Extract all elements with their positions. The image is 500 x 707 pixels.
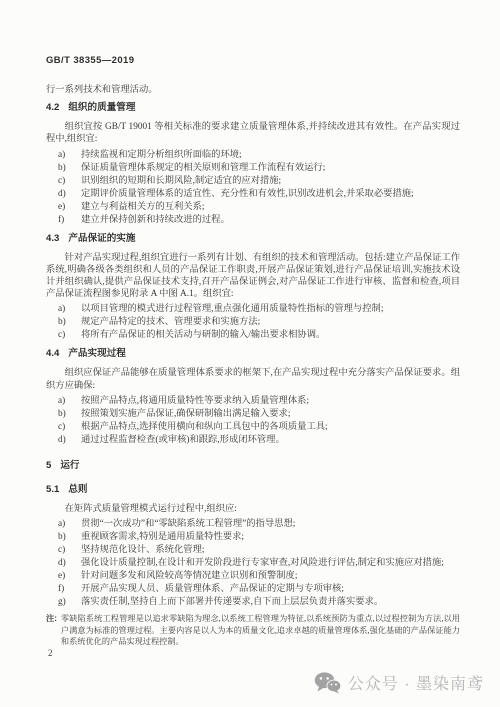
document-page: GB/T 38355—2019 行一系列技术和管理活动。4.2组织的质量管理组织… [0, 0, 500, 707]
clause-number: 5 [46, 460, 51, 471]
note-block: 注:零缺陷系统工程管理是以追求零缺陷为理念,以系统工程管理为特征,以系统预防为重… [46, 613, 460, 648]
list-item-label: c) [58, 544, 73, 557]
watermark-text: 公众号 · 墨染南鸢 [348, 671, 484, 694]
list-item: b)保证质量管理体系规定的相关原则和管理工作流程有效运行; [46, 162, 460, 175]
list-item-label: e) [58, 570, 73, 583]
list-item-label: b) [58, 408, 73, 421]
list-item-label: b) [58, 316, 73, 329]
clause-heading: 4.3产品保证的实施 [46, 233, 460, 245]
list-item-text: 将所有产品保证的相关活动与研制的输入/输出要求相协调。 [81, 329, 460, 342]
clause-number: 5.1 [46, 484, 59, 495]
list-item-text: 按照产品特点,将通用质量特性等要求纳入质量管理体系; [81, 395, 460, 408]
clause-title: 组织的质量管理 [68, 102, 135, 113]
list-item-label: f) [58, 583, 73, 596]
list-item-text: 根据产品特点,选择使用横向和纵向工具包中的各项质量工具; [81, 421, 460, 434]
list-item-text: 建立并保持创新和持续改进的过程。 [81, 214, 460, 227]
list-item-label: b) [58, 162, 73, 175]
list-item: b)按照策划实施产品保证,确保研制输出满足输入要求; [46, 408, 460, 421]
list-item: e)针对问题多发和风险较高等情况建立识别和预警制度; [46, 570, 460, 583]
clause-heading: 5.1总则 [46, 484, 460, 496]
list-item-text: 强化设计质量控制,在设计和开发阶段进行专家审查,对风险进行评估,制定和实施应对措… [81, 557, 460, 570]
clause-list: a)持续监视和定期分析组织所面临的环境;b)保证质量管理体系规定的相关原则和管理… [46, 149, 460, 227]
list-item-text: 保证质量管理体系规定的相关原则和管理工作流程有效运行; [81, 162, 460, 175]
list-item: c)根据产品特点,选择使用横向和纵向工具包中的各项质量工具; [46, 421, 460, 434]
clause-heading: 4.2组织的质量管理 [46, 102, 460, 114]
list-item-label: c) [58, 421, 73, 434]
clause-title: 产品保证的实施 [68, 233, 135, 244]
page-number: 2 [48, 648, 53, 658]
body-paragraph: 在矩阵式质量管理模式运行过程中,组织应: [46, 503, 460, 515]
clause-heading: 5运行 [46, 460, 460, 472]
clause-list: a)按照产品特点,将通用质量特性等要求纳入质量管理体系;b)按照策划实施产品保证… [46, 395, 460, 447]
clause-title: 总则 [68, 484, 87, 495]
list-item: b)规定产品特定的技术、管理要求和实施方法; [46, 316, 460, 329]
list-item-text: 针对问题多发和风险较高等情况建立识别和预警制度; [81, 570, 460, 583]
list-item-label: a) [58, 395, 73, 408]
list-item: f)建立并保持创新和持续改进的过程。 [46, 214, 460, 227]
list-item: a)持续监视和定期分析组织所面临的环境; [46, 149, 460, 162]
list-item-label: e) [58, 201, 73, 214]
list-item-text: 定期评价质量管理体系的适宜性、充分性和有效性,识别改进机会,并采取必要措施; [81, 188, 460, 201]
list-item-text: 持续监视和定期分析组织所面临的环境; [81, 149, 460, 162]
continuation-line: 行一系列技术和管理活动。 [46, 84, 460, 96]
clause-title: 运行 [60, 460, 79, 471]
list-item-label: d) [58, 188, 73, 201]
list-item: b)重视顾客需求,特别是通用质量特性要求; [46, 531, 460, 544]
list-item-label: d) [58, 434, 73, 447]
document-content: 行一系列技术和管理活动。4.2组织的质量管理组织宜按 GB/T 19001 等相… [46, 84, 460, 648]
note-text: 零缺陷系统工程管理是以追求零缺陷为理念,以系统工程管理为特征,以系统预防为重点,… [61, 613, 460, 648]
list-item: a)按照产品特点,将通用质量特性等要求纳入质量管理体系; [46, 395, 460, 408]
list-item-label: a) [58, 303, 73, 316]
list-item: d)强化设计质量控制,在设计和开发阶段进行专家审查,对风险进行评估,制定和实施应… [46, 557, 460, 570]
note-label: 注: [46, 613, 57, 648]
list-item: c)将所有产品保证的相关活动与研制的输入/输出要求相协调。 [46, 329, 460, 342]
list-item-label: g) [58, 596, 73, 609]
clause-list: a)以项目管理的模式进行过程管理,重点强化通用质量特性指标的管理与控制;b)规定… [46, 303, 460, 342]
list-item-text: 建立与利益相关方的互利关系; [81, 201, 460, 214]
standard-number-header: GB/T 38355—2019 [46, 55, 134, 66]
list-item-text: 按照策划实施产品保证,确保研制输出满足输入要求; [81, 408, 460, 421]
clause-list: a)贯彻“一次成功”和“零缺陷系统工程管理”的指导思想;b)重视顾客需求,特别是… [46, 518, 460, 609]
list-item: f)开展产品实现人员、质量管理体系、产品保证的定期与专项审核; [46, 583, 460, 596]
list-item: d)定期评价质量管理体系的适宜性、充分性和有效性,识别改进机会,并采取必要措施; [46, 188, 460, 201]
list-item-text: 开展产品实现人员、质量管理体系、产品保证的定期与专项审核; [81, 583, 460, 596]
clause-number: 4.4 [46, 348, 59, 359]
list-item-label: c) [58, 175, 73, 188]
body-paragraph: 组织应保证产品能够在质量管理体系要求的框架下,在产品实现过程中充分落实产品保证要… [46, 367, 460, 391]
list-item-label: a) [58, 149, 73, 162]
list-item-text: 重视顾客需求,特别是通用质量特性要求; [81, 531, 460, 544]
clause-title: 产品实现过程 [68, 348, 126, 359]
list-item: c)识别组织的短期和长期风险,制定适宜的应对措施; [46, 175, 460, 188]
list-item-text: 识别组织的短期和长期风险,制定适宜的应对措施; [81, 175, 460, 188]
list-item-text: 规定产品特定的技术、管理要求和实施方法; [81, 316, 460, 329]
list-item-label: b) [58, 531, 73, 544]
list-item-text: 坚持规范化设计、系统化管理; [81, 544, 460, 557]
list-item-text: 通过过程监督检查(或审核)和跟踪,形成闭环管理。 [81, 434, 460, 447]
watermark: 公众号 · 墨染南鸢 [314, 671, 484, 694]
list-item: d)通过过程监督检查(或审核)和跟踪,形成闭环管理。 [46, 434, 460, 447]
list-item-label: d) [58, 557, 73, 570]
clause-heading: 4.4产品实现过程 [46, 348, 460, 360]
wechat-icon [314, 671, 341, 694]
body-paragraph: 针对产品实现过程,组织宜进行一系列有计划、有组织的技术和管理活动。包括:建立产品… [46, 252, 460, 301]
clause-number: 4.2 [46, 102, 59, 113]
list-item: a)贯彻“一次成功”和“零缺陷系统工程管理”的指导思想; [46, 518, 460, 531]
list-item: c)坚持规范化设计、系统化管理; [46, 544, 460, 557]
list-item-label: f) [58, 214, 73, 227]
list-item-text: 落实责任制,坚持自上而下部署并传递要求,自下而上层层负责并落实要求。 [81, 596, 460, 609]
list-item: g)落实责任制,坚持自上而下部署并传递要求,自下而上层层负责并落实要求。 [46, 596, 460, 609]
body-paragraph: 组织宜按 GB/T 19001 等相关标准的要求建立质量管理体系,并持续改进其有… [46, 121, 460, 145]
list-item: a)以项目管理的模式进行过程管理,重点强化通用质量特性指标的管理与控制; [46, 303, 460, 316]
list-item-text: 以项目管理的模式进行过程管理,重点强化通用质量特性指标的管理与控制; [81, 303, 460, 316]
list-item-label: a) [58, 518, 73, 531]
list-item-label: c) [58, 329, 73, 342]
list-item-text: 贯彻“一次成功”和“零缺陷系统工程管理”的指导思想; [81, 518, 460, 531]
clause-number: 4.3 [46, 233, 59, 244]
list-item: e)建立与利益相关方的互利关系; [46, 201, 460, 214]
